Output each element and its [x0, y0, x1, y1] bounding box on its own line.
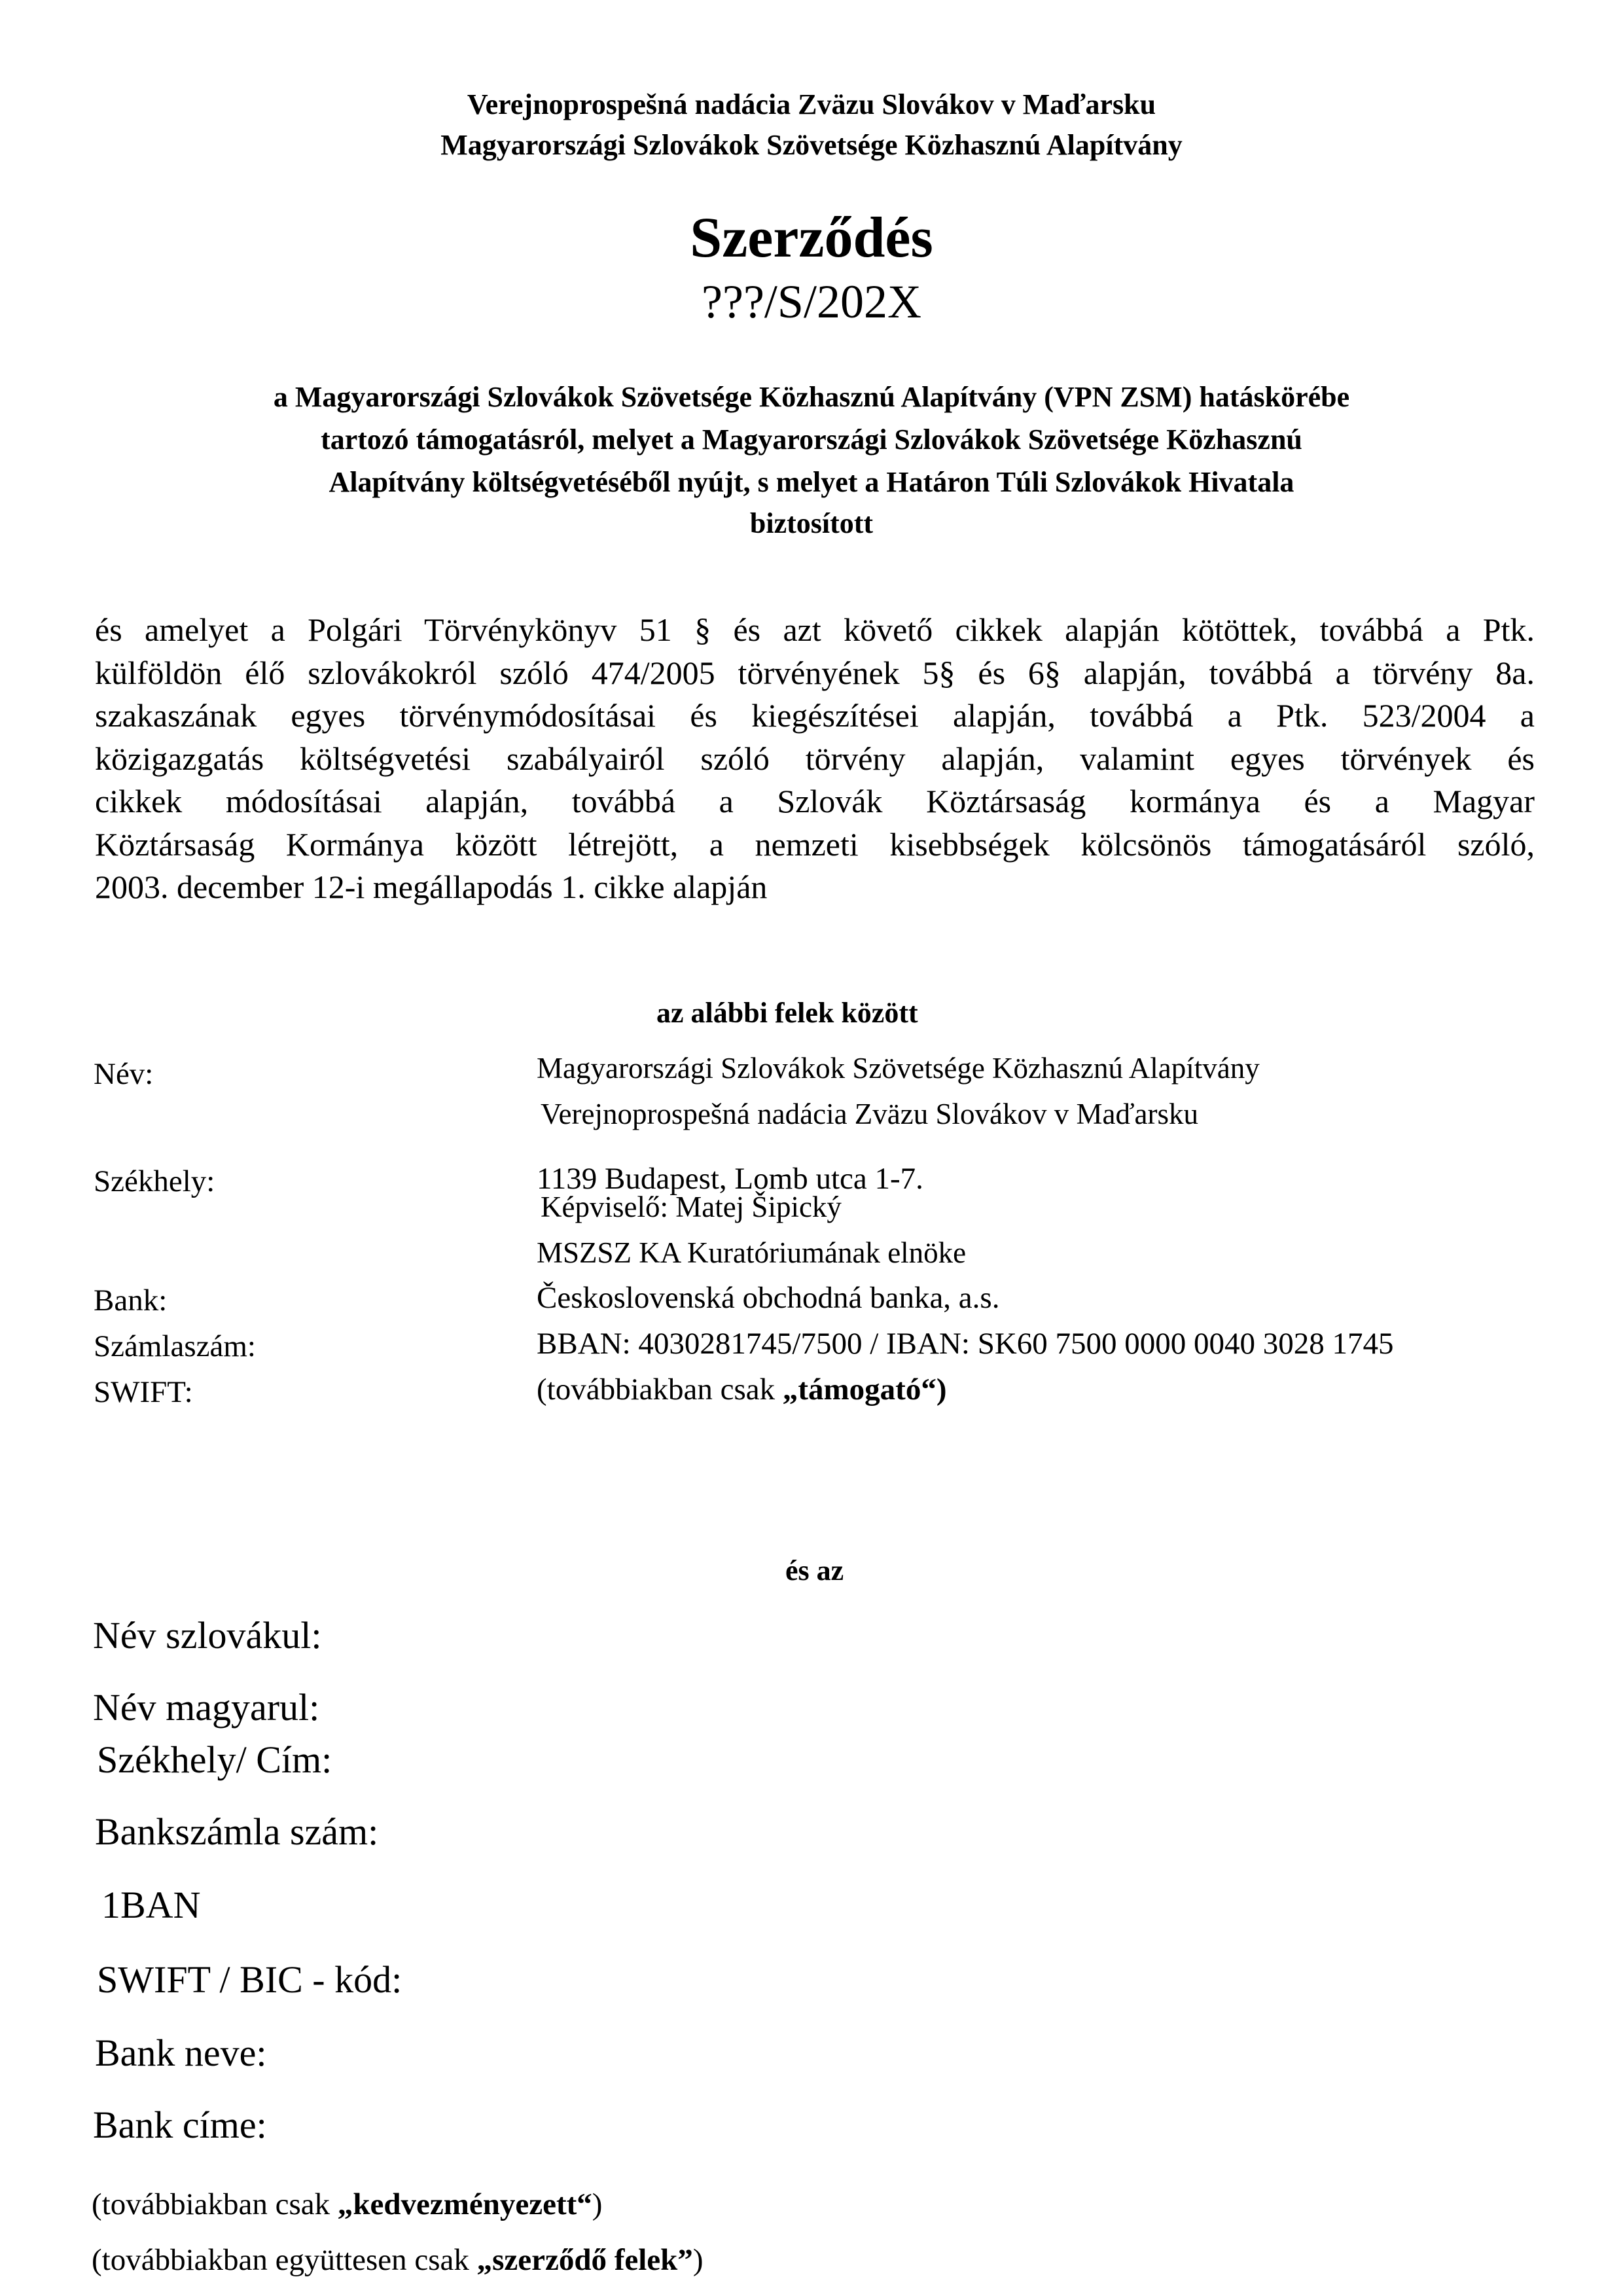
- intro-line-2: tartozó támogatásról, melyet a Magyarors…: [0, 425, 1623, 454]
- supporter-alias: (továbbiakban csak „támogató“): [537, 1374, 946, 1405]
- supporter-representative-title: MSZSZ KA Kuratóriumának elnöke: [537, 1238, 966, 1268]
- header-org-hu: Magyarországi Szlovákok Szövetsége Közha…: [0, 131, 1623, 160]
- supporter-seat-label: Székhely:: [94, 1166, 215, 1197]
- legal-line: 2003. december 12-i megállapodás 1. cikk…: [95, 866, 1535, 909]
- beneficiary-bank-name-label: Bank neve:: [95, 2034, 267, 2072]
- supporter-account: BBAN: 4030281745/7500 / IBAN: SK60 7500 …: [537, 1329, 1394, 1359]
- contract-number: ???/S/202X: [0, 278, 1623, 325]
- supporter-swift-label: SWIFT:: [94, 1377, 193, 1408]
- legal-line: szakaszának egyes törvénymódosításai és …: [95, 694, 1535, 738]
- supporter-alias-prefix: (továbbiakban csak: [537, 1372, 783, 1407]
- supporter-name-hu: Magyarországi Szlovákok Szövetsége Közha…: [537, 1054, 1260, 1083]
- beneficiary-bank-address-label: Bank címe:: [93, 2106, 267, 2144]
- legal-basis-paragraph: és amelyet a Polgári Törvénykönyv 51 § é…: [95, 609, 1535, 909]
- beneficiary-account-label: Bankszámla szám:: [95, 1813, 378, 1851]
- legal-line: cikkek módosításai alapján, továbbá a Sz…: [95, 780, 1535, 823]
- beneficiary-swift-label: SWIFT / BIC - kód:: [97, 1961, 402, 1999]
- legal-line: és amelyet a Polgári Törvénykönyv 51 § é…: [95, 609, 1535, 652]
- parties-alias-line: (továbbiakban együttesen csak „szerződő …: [92, 2245, 703, 2276]
- parties-alias-term: „szerződő felek”: [477, 2243, 693, 2277]
- beneficiary-address-label: Székhely/ Cím:: [97, 1741, 332, 1779]
- intro-line-3: Alapítvány költségvetéséből nyújt, s mel…: [0, 468, 1623, 497]
- intro-line-4: biztosított: [0, 509, 1623, 538]
- supporter-bank: Československá obchodná banka, a.s.: [537, 1283, 999, 1314]
- supporter-name-sk: Verejnoprospešná nadácia Zväzu Slovákov …: [541, 1100, 1198, 1129]
- supporter-representative: Képviselő: Matej Šipický: [541, 1193, 842, 1222]
- beneficiary-name-sk-label: Név szlovákul:: [93, 1617, 322, 1655]
- supporter-bank-label: Bank:: [94, 1285, 167, 1316]
- beneficiary-alias-line: (továbbiakban csak „kedvezményezett“): [92, 2189, 602, 2220]
- beneficiary-alias-suffix: ): [592, 2187, 603, 2221]
- supporter-name-label: Név:: [94, 1059, 153, 1090]
- and-the-divider: és az: [785, 1556, 844, 1585]
- supporter-alias-term: „támogató“): [783, 1372, 947, 1407]
- document-title: Szerződés: [0, 209, 1623, 267]
- parties-alias-prefix: (továbbiakban együttesen csak: [92, 2243, 477, 2277]
- beneficiary-alias-term: „kedvezményezett“: [338, 2187, 592, 2221]
- legal-line: Köztársaság Kormánya között létrejött, a…: [95, 823, 1535, 867]
- legal-line: külföldön élő szlovákokról szóló 474/200…: [95, 652, 1535, 695]
- supporter-account-label: Számlaszám:: [94, 1331, 256, 1362]
- intro-line-1: a Magyarországi Szlovákok Szövetsége Köz…: [0, 383, 1623, 412]
- parties-heading: az alábbi felek között: [656, 999, 918, 1028]
- supporter-seat: 1139 Budapest, Lomb utca 1-7.: [537, 1164, 923, 1194]
- beneficiary-alias-prefix: (továbbiakban csak: [92, 2187, 338, 2221]
- legal-line: közigazgatás költségvetési szabályairól …: [95, 738, 1535, 781]
- beneficiary-name-hu-label: Név magyarul:: [93, 1689, 319, 1727]
- beneficiary-iban-label: 1BAN: [101, 1886, 200, 1924]
- parties-alias-suffix: ): [693, 2243, 704, 2277]
- header-org-sk: Verejnoprospešná nadácia Zväzu Slovákov …: [0, 90, 1623, 119]
